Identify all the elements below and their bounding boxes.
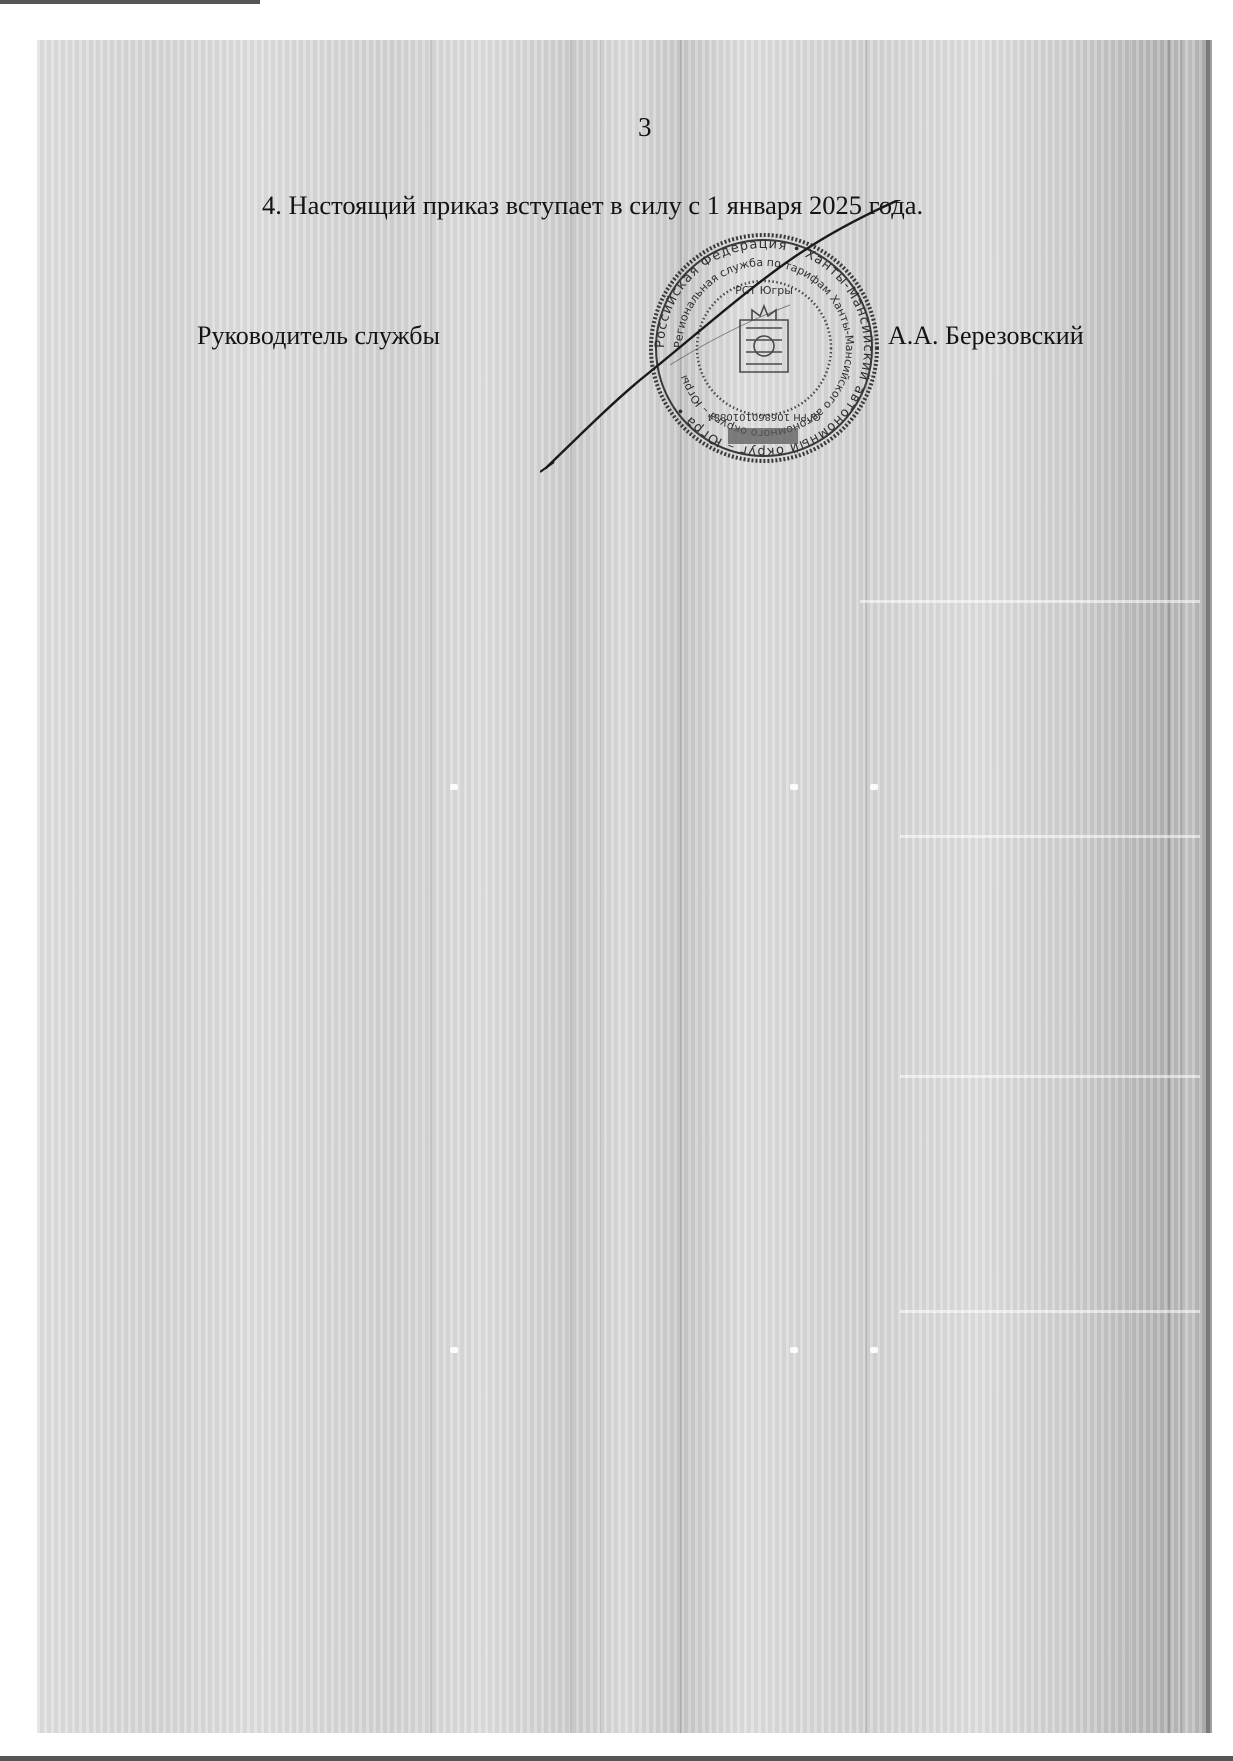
scan-streak	[900, 1075, 1200, 1078]
scan-right-edge	[1206, 40, 1210, 1733]
scan-speck	[870, 784, 878, 790]
scan-streak	[430, 40, 432, 1733]
signatory-position: Руководитель службы	[197, 321, 440, 351]
scan-streak	[1180, 40, 1182, 1733]
page-number: 3	[638, 112, 652, 143]
scan-speck	[870, 1347, 878, 1353]
scan-streak	[900, 835, 1200, 838]
scan-streak	[860, 600, 1200, 603]
scan-speck	[450, 1347, 458, 1353]
scan-speck	[450, 784, 458, 790]
handwritten-signature-icon	[540, 200, 920, 480]
scan-streak	[1130, 40, 1131, 1733]
scan-streak	[900, 1310, 1200, 1313]
scan-bottom-edge	[0, 1756, 1233, 1761]
scan-top-edge	[0, 0, 260, 4]
scan-speck	[790, 784, 798, 790]
scan-streak	[1168, 40, 1170, 1733]
scan-speck	[790, 1347, 798, 1353]
